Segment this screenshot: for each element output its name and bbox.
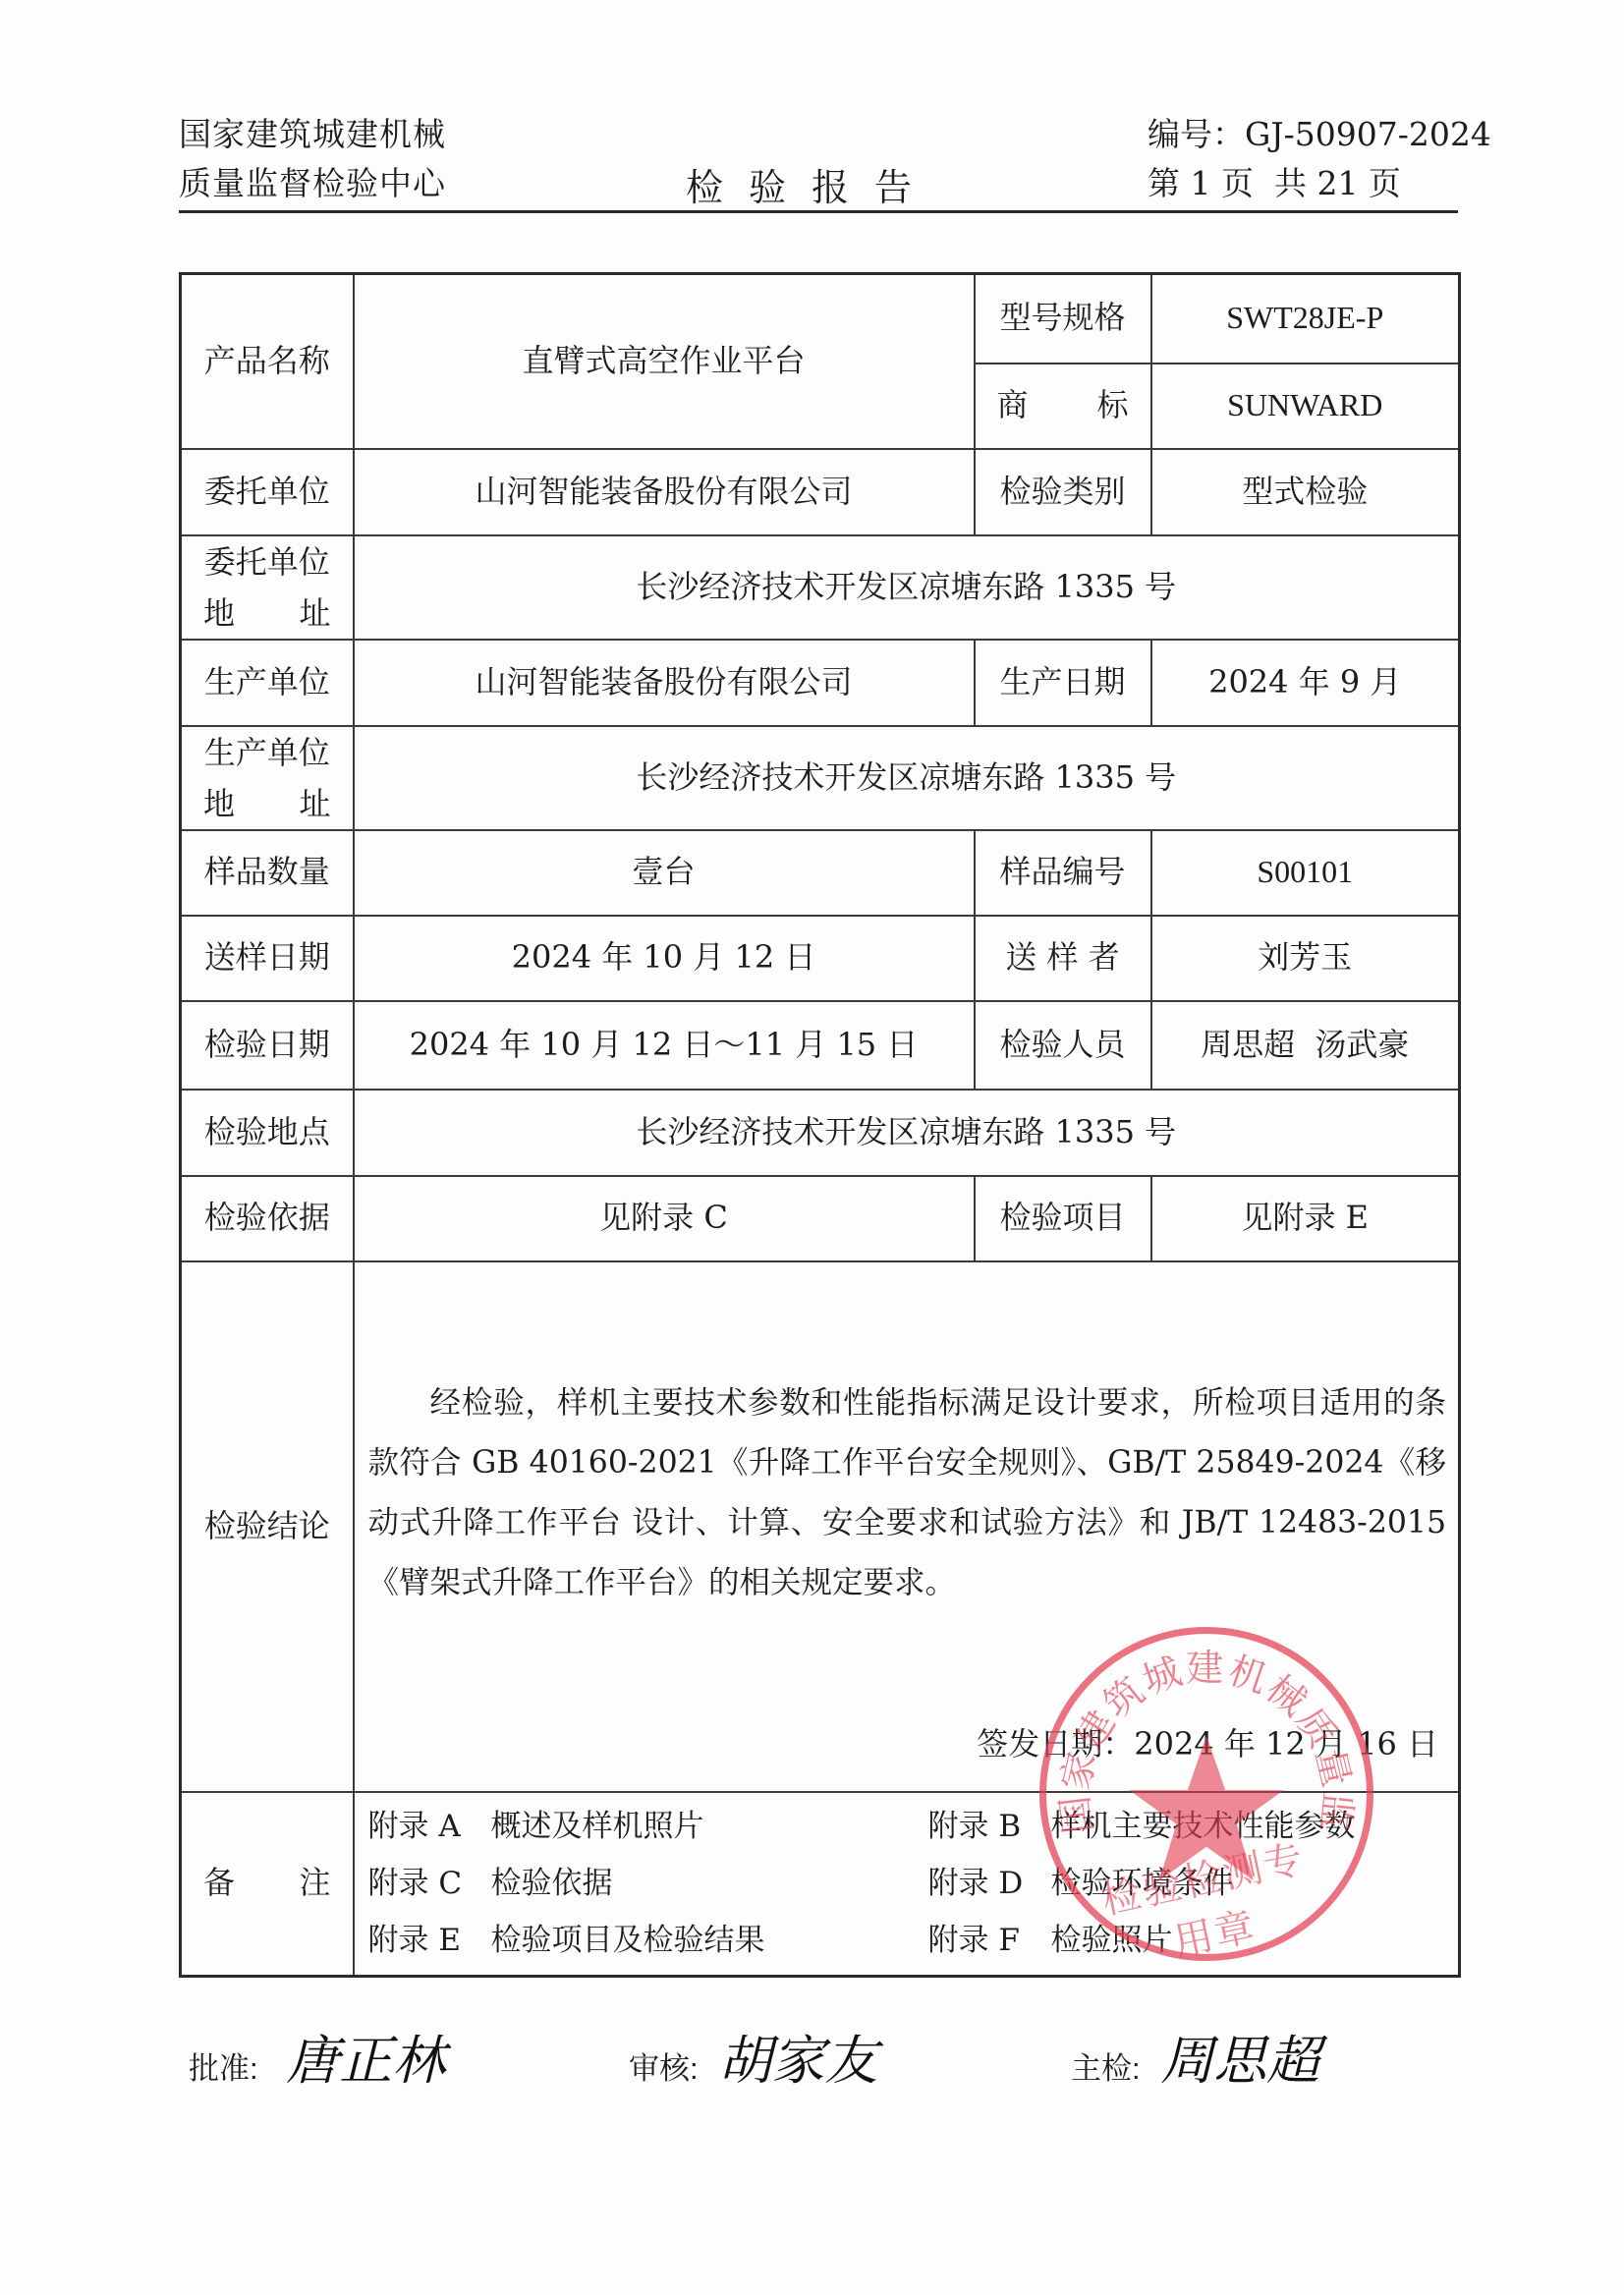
conclusion-label: 检验结论 (181, 1261, 354, 1792)
reviewer: 审核: 胡家友 (629, 2019, 877, 2095)
approver: 批准: 唐正林 (189, 2019, 445, 2095)
review-signature: 胡家友 (718, 2030, 877, 2092)
client-value: 山河智能装备股份有限公司 (354, 449, 975, 535)
sample-no-label: 样品编号 (975, 830, 1151, 916)
model-label: 型号规格 (975, 274, 1151, 364)
appendix-e: 附录 E检验项目及检验结果 (368, 1921, 928, 1960)
manufacturer-label: 生产单位 (181, 640, 354, 726)
org-line-1: 国家建筑城建机械 (179, 110, 446, 159)
report-meta: 编号：GJ-50907-2024 第 1 页 共 21 页 (1148, 110, 1491, 208)
basis-label: 检验依据 (181, 1176, 354, 1261)
approve-signature: 唐正林 (286, 2030, 445, 2092)
client-address-value: 长沙经济技术开发区凉塘东路 1335 号 (354, 535, 1460, 640)
inspectors-value: 周思超 汤武豪 (1151, 1001, 1460, 1090)
conclusion-cell: 经检验，样机主要技术参数和性能指标满足设计要求，所检项目适用的条款符合 GB 4… (354, 1261, 1460, 1792)
inspectors-label: 检验人员 (975, 1001, 1151, 1090)
client-address-label: 委托单位地址 (181, 535, 354, 640)
issue-date: 签发日期：2024 年 12 月 16 日 (977, 1724, 1438, 1765)
issuing-organization: 国家建筑城建机械 质量监督检验中心 (179, 110, 446, 208)
items-label: 检验项目 (975, 1176, 1151, 1261)
inspection-date-label: 检验日期 (181, 1001, 354, 1090)
sample-qty-label: 样品数量 (181, 830, 354, 916)
notes-cell: 附录 A概述及样机照片 附录 B样机主要技术性能参数 附录 C检验依据 附录 D… (354, 1792, 1460, 1977)
header-divider (179, 210, 1458, 213)
delivery-date-label: 送样日期 (181, 916, 354, 1001)
production-date-label: 生产日期 (975, 640, 1151, 726)
page-info: 第 1 页 共 21 页 (1148, 159, 1491, 208)
chief-signature: 周思超 (1160, 2030, 1319, 2092)
delivery-date-value: 2024 年 10 月 12 日 (354, 916, 975, 1001)
document-title: 检验报告 (686, 157, 937, 211)
sender-value: 刘芳玉 (1151, 916, 1460, 1001)
sender-label: 送 样 者 (975, 916, 1151, 1001)
appendix-list: 附录 A概述及样机照片 附录 B样机主要技术性能参数 附录 C检验依据 附录 D… (355, 1801, 1459, 1967)
manufacturer-address-value: 长沙经济技术开发区凉塘东路 1335 号 (354, 726, 1460, 830)
report-no-label: 编号： (1148, 115, 1245, 153)
brand-value: SUNWARD (1151, 364, 1460, 449)
inspection-date-value: 2024 年 10 月 12 日～11 月 15 日 (354, 1001, 975, 1090)
appendix-f: 附录 F检验照片 (928, 1921, 1445, 1960)
review-label: 审核: (629, 2051, 699, 2086)
inspection-site-value: 长沙经济技术开发区凉塘东路 1335 号 (354, 1090, 1460, 1176)
product-name: 直臂式高空作业平台 (354, 274, 975, 449)
model-value: SWT28JE-P (1151, 274, 1460, 364)
manufacturer-address-label: 生产单位地址 (181, 726, 354, 830)
brand-label: 商标 (975, 364, 1151, 449)
inspection-type-label: 检验类别 (975, 449, 1151, 535)
appendix-a: 附录 A概述及样机照片 (368, 1807, 928, 1846)
sample-qty-value: 壹台 (354, 830, 975, 916)
production-date-value: 2024 年 9 月 (1151, 640, 1460, 726)
basis-value: 见附录 C (354, 1176, 975, 1261)
notes-label: 备注 (181, 1792, 354, 1977)
approve-label: 批准: (189, 2051, 258, 2086)
report-table: 产品名称 直臂式高空作业平台 型号规格 SWT28JE-P 商标 SUNWARD… (179, 272, 1461, 1978)
product-name-label: 产品名称 (181, 274, 354, 449)
chief-label: 主检: (1071, 2051, 1141, 2086)
manufacturer-value: 山河智能装备股份有限公司 (354, 640, 975, 726)
appendix-b: 附录 B样机主要技术性能参数 (928, 1807, 1445, 1846)
appendix-c: 附录 C检验依据 (368, 1864, 928, 1903)
inspection-type-value: 型式检验 (1151, 449, 1460, 535)
inspection-site-label: 检验地点 (181, 1090, 354, 1176)
sample-no-value: S00101 (1151, 830, 1460, 916)
client-label: 委托单位 (181, 449, 354, 535)
org-line-2: 质量监督检验中心 (179, 159, 446, 208)
conclusion-text: 经检验，样机主要技术参数和性能指标满足设计要求，所检项目适用的条款符合 GB 4… (368, 1373, 1447, 1613)
chief-inspector: 主检: 周思超 (1071, 2019, 1319, 2095)
appendix-d: 附录 D检验环境条件 (928, 1864, 1445, 1903)
report-number: GJ-50907-2024 (1245, 115, 1491, 153)
items-value: 见附录 E (1151, 1176, 1460, 1261)
